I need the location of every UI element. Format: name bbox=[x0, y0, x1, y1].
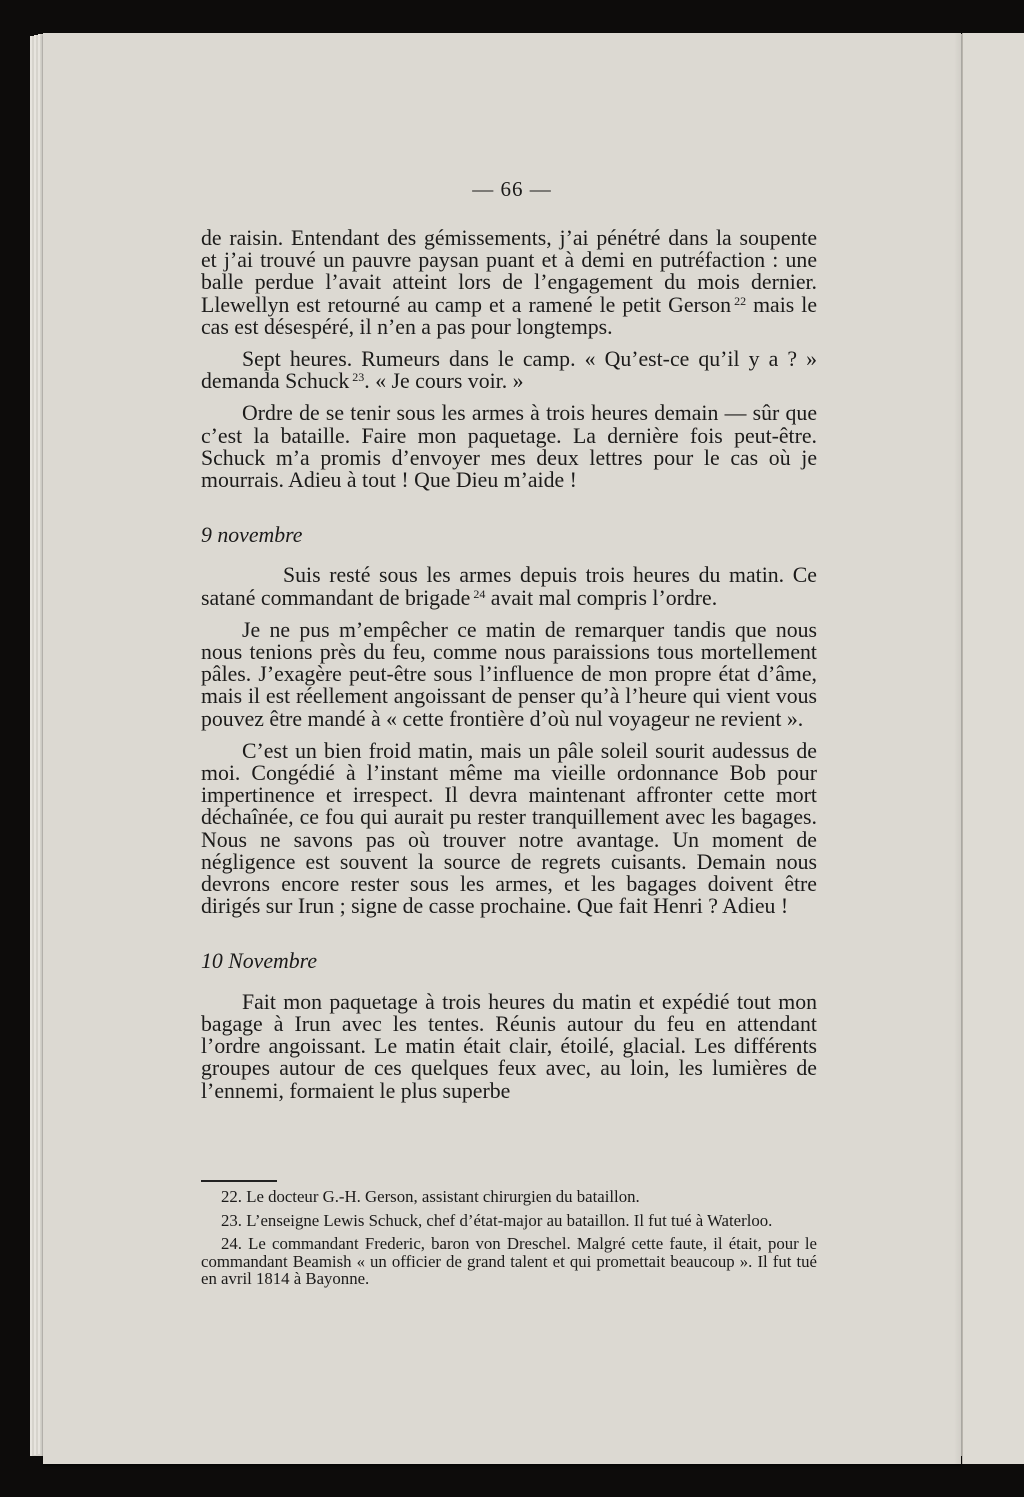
body-text: de raisin. Entendant des gémissements, j… bbox=[201, 227, 817, 1102]
gutter-fold bbox=[954, 33, 962, 1464]
footnote-24: 24. Le commandant Frederic, baron von Dr… bbox=[201, 1235, 817, 1288]
date-heading-10-novembre: 10 Novembre bbox=[201, 950, 817, 972]
footnote-23: 23. L’enseigne Lewis Schuck, chef d’état… bbox=[201, 1212, 817, 1230]
footnotes: 22. Le docteur G.-H. Gerson, assistant c… bbox=[201, 1188, 817, 1294]
paragraph: Fait mon paquetage à trois heures du mat… bbox=[201, 991, 817, 1102]
paragraph: Je ne pus m’empêcher ce matin de remarqu… bbox=[201, 619, 817, 730]
date-heading-9-novembre: 9 novembre bbox=[201, 524, 817, 546]
paragraph: Ordre de se tenir sous les armes à trois… bbox=[201, 402, 817, 491]
paragraph: Sept heures. Rumeurs dans le camp. « Qu’… bbox=[201, 348, 817, 392]
page-number: — 66 — bbox=[0, 177, 1024, 202]
footnote-ref-23[interactable]: 23 bbox=[352, 370, 364, 384]
footnote-22: 22. Le docteur G.-H. Gerson, assistant c… bbox=[201, 1188, 817, 1206]
facing-page-edge bbox=[962, 33, 1024, 1464]
footnote-separator bbox=[201, 1180, 277, 1182]
footnote-ref-22[interactable]: 22 bbox=[734, 294, 746, 308]
paragraph: C’est un bien froid matin, mais un pâle … bbox=[201, 740, 817, 918]
footnote-ref-24[interactable]: 24 bbox=[473, 587, 485, 601]
paragraph: Suis resté sous les armes depuis trois h… bbox=[201, 564, 817, 608]
paragraph: de raisin. Entendant des gémissements, j… bbox=[201, 227, 817, 338]
